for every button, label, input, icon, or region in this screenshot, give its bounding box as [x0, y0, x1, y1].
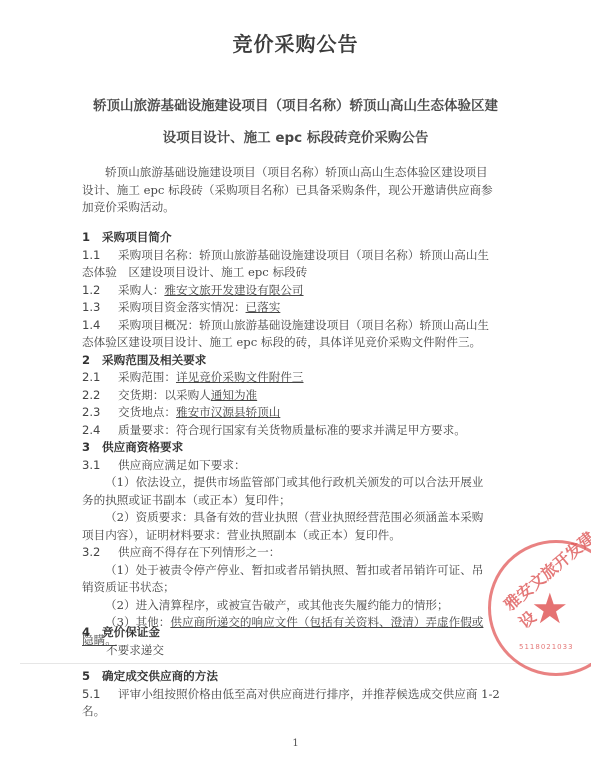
item-1-1: 1.1采购项目名称：轿顶山旅游基础设施建设项目（项目名称）轿顶山高山生 [82, 247, 518, 265]
section-heading: 3供应商资格要求 [82, 439, 518, 457]
item-2-4: 2.4质量要求：符合现行国家有关货物质量标准的要求并满足甲方要求。 [82, 422, 518, 440]
item-3-2-a: （1）处于被责令停产停业、暂扣或者吊销执照、暂扣或者吊销许可证、吊 [82, 562, 518, 580]
intro-line: 轿顶山旅游基础设施建设项目（项目名称）轿顶山高山生态体验区建设项目 [82, 164, 518, 182]
item-3-2: 3.2供应商不得存在下列情形之一： [82, 544, 518, 562]
item-3-2-a-cont: 销资质证书状态； [82, 579, 518, 597]
subtitle-line-2: 设项目设计、施工 epc 标段砖竞价采购公告 [40, 126, 551, 146]
funding-status-value: 已落实 [246, 300, 281, 314]
delivery-period-value: 通知为准 [211, 388, 257, 402]
scope-value: 详见竞价采购文件附件三 [176, 370, 304, 384]
stamp-code: 5118021033 [519, 643, 574, 651]
section-heading: 5确定成交供应商的方法 [82, 668, 518, 686]
section-4: 4竞价保证金 不要求递交 [82, 624, 518, 659]
star-icon: ★ [531, 588, 569, 630]
intro-paragraph: 轿顶山旅游基础设施建设项目（项目名称）轿顶山高山生态体验区建设项目 设计、施工 … [82, 164, 518, 217]
subtitle-line-1: 轿顶山旅游基础设施建设项目（项目名称）轿顶山高山生态体验区建 [40, 94, 551, 114]
purchaser-value: 雅安文旅开发建设有限公司 [164, 283, 303, 297]
section-1: 1采购项目简介 1.1采购项目名称：轿顶山旅游基础设施建设项目（项目名称）轿顶山… [82, 229, 518, 649]
item-3-1-b-cont: 项目内容），证明材料要求：营业执照副本（或正本）复印件。 [82, 527, 518, 545]
divider [20, 663, 591, 664]
section-heading: 2采购范围及相关要求 [82, 352, 518, 370]
page-number: 1 [0, 738, 591, 749]
item-5-1: 5.1评审小组按照价格由低至高对供应商进行排序，并推荐候选成交供应商 1-2 [82, 686, 518, 704]
intro-line: 加竞价采购活动。 [82, 199, 518, 217]
intro-line: 设计、施工 epc 标段砖（采购项目名称）已具备采购条件，现公开邀请供应商参 [82, 182, 518, 200]
item-3-1-a-cont: 务的执照或证书副本（或正本）复印件； [82, 492, 518, 510]
item-2-1: 2.1采购范围：详见竞价采购文件附件三 [82, 369, 518, 387]
item-1-4: 1.4采购项目概况：轿顶山旅游基础设施建设项目（项目名称）轿顶山高山生 [82, 317, 518, 335]
item-1-2: 1.2采购人：雅安文旅开发建设有限公司 [82, 282, 518, 300]
item-3-1-b: （2）资质要求：具备有效的营业执照（营业执照经营范围必须涵盖本采购 [82, 509, 518, 527]
delivery-location-value: 雅安市汉源县轿顶山 [176, 405, 280, 419]
item-2-2: 2.2交货期：以采购人通知为准 [82, 387, 518, 405]
item-5-1-cont: 名。 [82, 703, 518, 721]
item-3-1: 3.1供应商应满足如下要求： [82, 457, 518, 475]
section-heading: 1采购项目简介 [82, 229, 518, 247]
item-1-3: 1.3采购项目资金落实情况：已落实 [82, 299, 518, 317]
item-2-3: 2.3交货地点：雅安市汉源县轿顶山 [82, 404, 518, 422]
item-3-1-a: （1）依法设立，提供市场监管部门或其他行政机关颁发的可以合法开展业 [82, 474, 518, 492]
section-heading: 4竞价保证金 [82, 624, 518, 642]
page-title: 竞价采购公告 [0, 28, 591, 57]
item-1-1-cont: 态体验 区建设项目设计、施工 epc 标段砖 [82, 264, 518, 282]
item-1-4-cont: 态体验区建设项目设计、施工 epc 标段的砖，具体详见竞价采购文件附件三。 [82, 334, 518, 352]
section-5: 5确定成交供应商的方法 5.1评审小组按照价格由低至高对供应商进行排序，并推荐候… [82, 668, 518, 721]
deposit-text: 不要求递交 [82, 642, 518, 660]
item-3-2-b: （2）进入清算程序，或被宣告破产，或其他丧失履约能力的情形； [82, 597, 518, 615]
